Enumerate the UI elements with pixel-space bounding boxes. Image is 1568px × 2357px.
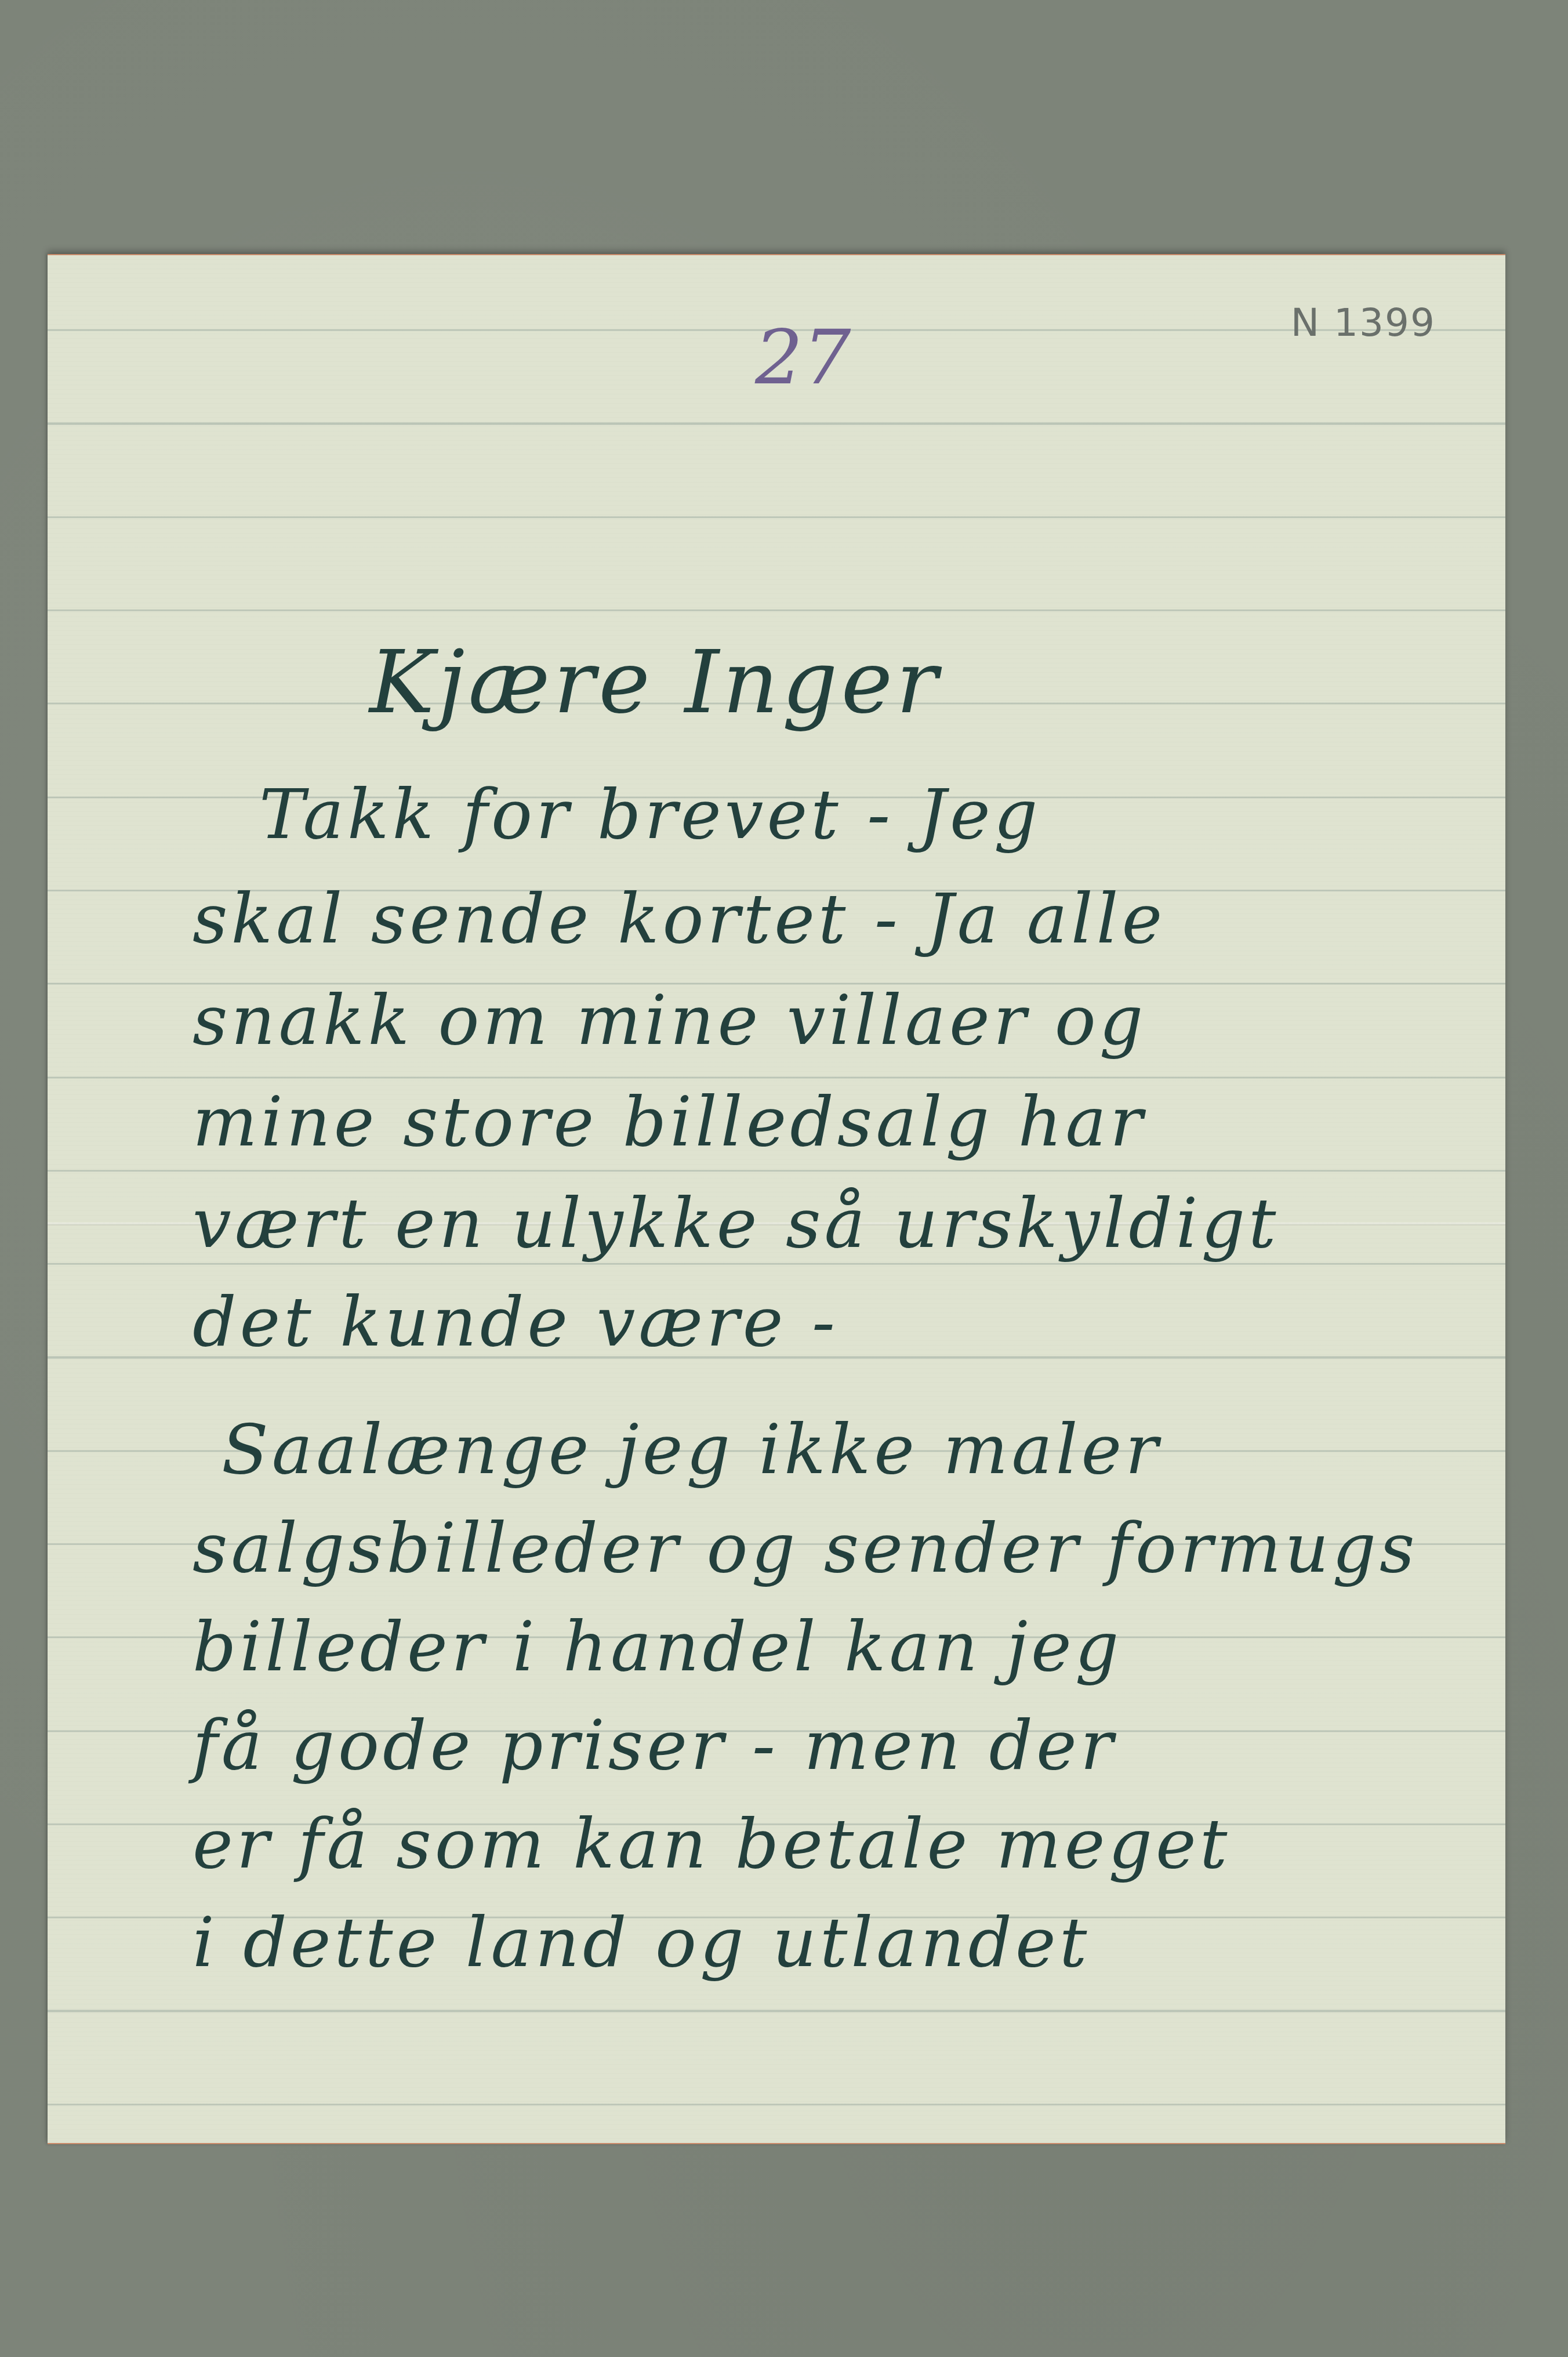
letter-line: vært en ulykke så urskyldigt [193,1183,1280,1263]
letter-line: Saalænge jeg ikke maler [222,1409,1162,1489]
letter-line: salgsbilleder og sender formugs [193,1508,1418,1588]
letter-line: mine store billedsalg har [193,1082,1146,1162]
salutation: Kjære Inger [369,632,941,733]
letter-sheet: N 1399 27 Kjære Inger Takk for brevet - … [48,254,1505,2144]
archive-number: N 1399 [1291,300,1436,345]
letter-line: snakk om mine villaer og [193,980,1146,1060]
letter-line: er få som kan betale meget [193,1804,1231,1884]
letter-line: det kunde være - [193,1282,839,1362]
letter-line: billeder i handel kan jeg [193,1607,1122,1687]
letter-line: skal sende kortet - Ja alle [193,879,1166,959]
letter-line: få gode priser - men der [193,1705,1116,1785]
page-number: 27 [755,313,851,401]
letter-line: i dette land og utlandet [193,1902,1090,1982]
letter-line: Takk for brevet - Jeg [259,774,1041,854]
